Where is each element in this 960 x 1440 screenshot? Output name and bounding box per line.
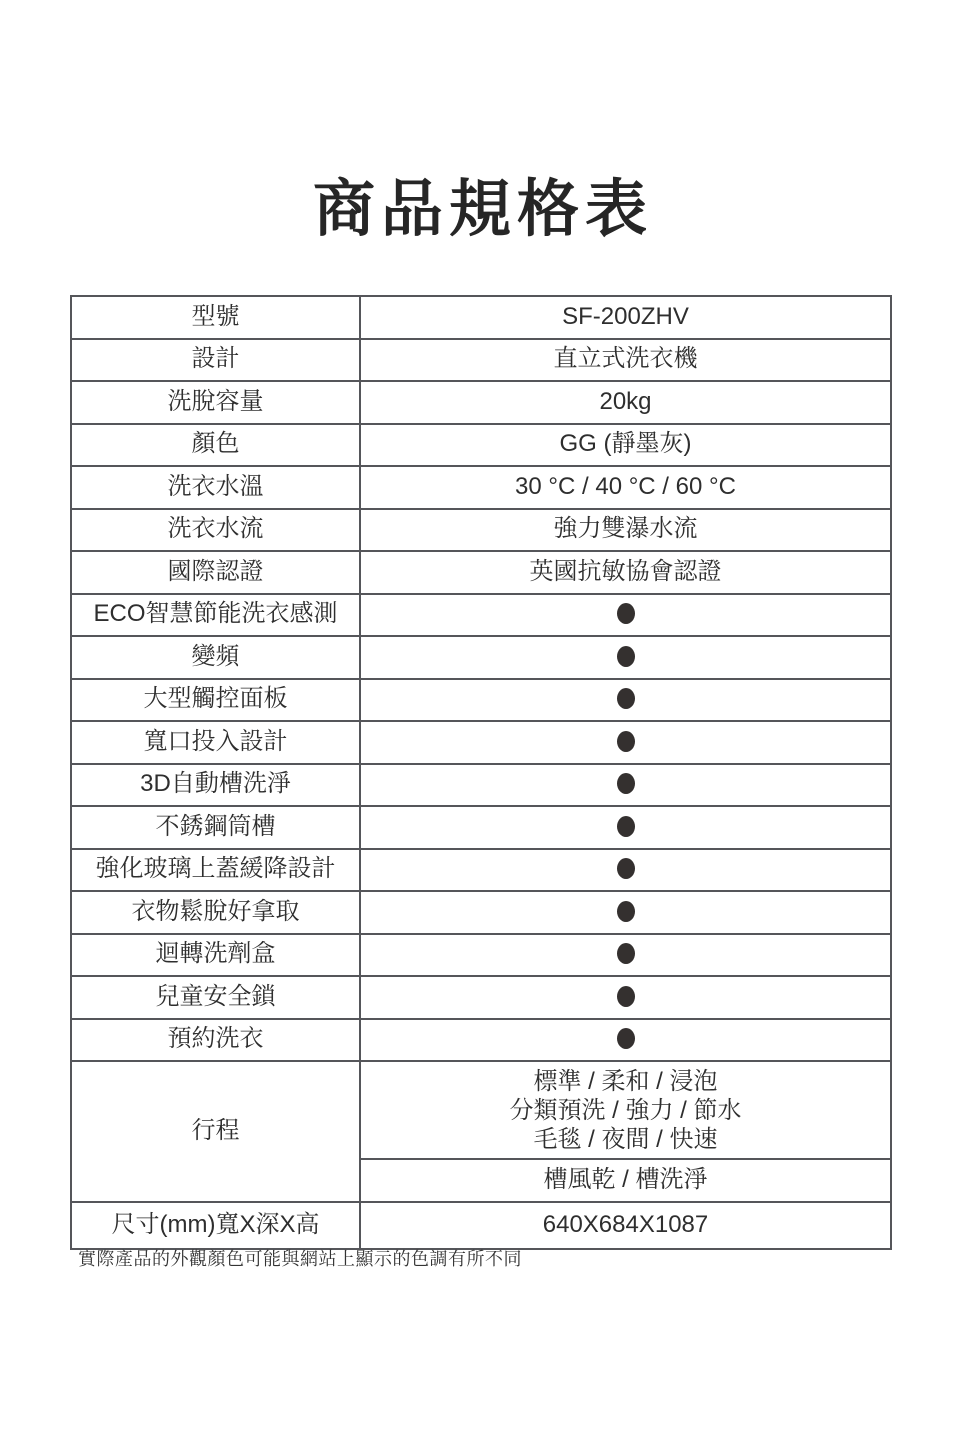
feature-dot-icon [617, 603, 635, 624]
feature-value-cell [360, 636, 891, 679]
spec-label-capacity: 洗脫容量 [71, 381, 360, 424]
spec-value-water-temp: 30 °C / 40 °C / 60 °C [360, 466, 891, 509]
feature-dot-icon [617, 816, 635, 837]
feature-dot-icon [617, 688, 635, 709]
feature-label-delay-wash: 預約洗衣 [71, 1019, 360, 1062]
table-row: 顏色 GG (靜墨灰) [71, 424, 891, 467]
feature-dot-icon [617, 731, 635, 752]
table-row: 型號 SF-200ZHV [71, 296, 891, 339]
feature-value-cell [360, 764, 891, 807]
spec-label-model: 型號 [71, 296, 360, 339]
program-extra-cell: 槽風乾 / 槽洗淨 [360, 1159, 891, 1202]
spec-table: 型號 SF-200ZHV 設計 直立式洗衣機 洗脫容量 20kg 顏色 GG (… [70, 295, 892, 1250]
feature-value-cell [360, 849, 891, 892]
feature-row: 預約洗衣 [71, 1019, 891, 1062]
spec-value-water-flow: 強力雙瀑水流 [360, 509, 891, 552]
dimension-label: 尺寸(mm)寬X深X高 [71, 1202, 360, 1249]
spec-value-model: SF-200ZHV [360, 296, 891, 339]
feature-row: 兒童安全鎖 [71, 976, 891, 1019]
feature-value-cell [360, 891, 891, 934]
table-row: 設計 直立式洗衣機 [71, 339, 891, 382]
feature-value-cell [360, 806, 891, 849]
table-row: 洗衣水流 強力雙瀑水流 [71, 509, 891, 552]
feature-dot-icon [617, 858, 635, 879]
feature-label-eco-sensing: ECO智慧節能洗衣感測 [71, 594, 360, 637]
spec-label-design: 設計 [71, 339, 360, 382]
spec-value-capacity: 20kg [360, 381, 891, 424]
feature-value-cell [360, 934, 891, 977]
page-title: 商品規格表 [0, 174, 960, 245]
feature-label-touch-panel: 大型觸控面板 [71, 679, 360, 722]
feature-dot-icon [617, 986, 635, 1007]
program-line-3: 毛毯 / 夜間 / 快速 [361, 1125, 890, 1154]
feature-dot-icon [617, 1028, 635, 1049]
spec-sheet: 商品規格表 型號 SF-200ZHV 設計 直立式洗衣機 洗脫容量 20kg 顏… [0, 0, 960, 1440]
spec-label-color: 顏色 [71, 424, 360, 467]
feature-row: 強化玻璃上蓋緩降設計 [71, 849, 891, 892]
feature-dot-icon [617, 773, 635, 794]
dimension-value: 640X684X1087 [360, 1202, 891, 1249]
feature-row: 不銹鋼筒槽 [71, 806, 891, 849]
dimension-row: 尺寸(mm)寬X深X高 640X684X1087 [71, 1202, 891, 1249]
program-line-1: 標準 / 柔和 / 浸泡 [361, 1067, 890, 1096]
feature-label-3d-tub-clean: 3D自動槽洗淨 [71, 764, 360, 807]
program-label: 行程 [71, 1061, 360, 1202]
feature-value-cell [360, 594, 891, 637]
spec-value-certification: 英國抗敏協會認證 [360, 551, 891, 594]
feature-dot-icon [617, 901, 635, 922]
feature-value-cell [360, 721, 891, 764]
spec-label-water-flow: 洗衣水流 [71, 509, 360, 552]
feature-label-easy-unload: 衣物鬆脫好拿取 [71, 891, 360, 934]
feature-value-cell [360, 976, 891, 1019]
feature-dot-icon [617, 646, 635, 667]
feature-row: 大型觸控面板 [71, 679, 891, 722]
feature-row: ECO智慧節能洗衣感測 [71, 594, 891, 637]
feature-row: 寬口投入設計 [71, 721, 891, 764]
program-courses-cell: 標準 / 柔和 / 浸泡 分類預洗 / 強力 / 節水 毛毯 / 夜間 / 快速 [360, 1061, 891, 1159]
feature-label-inverter: 變頻 [71, 636, 360, 679]
feature-label-soft-close-lid: 強化玻璃上蓋緩降設計 [71, 849, 360, 892]
spec-label-water-temp: 洗衣水溫 [71, 466, 360, 509]
spec-label-certification: 國際認證 [71, 551, 360, 594]
program-line-2: 分類預洗 / 強力 / 節水 [361, 1096, 890, 1125]
spec-value-color: GG (靜墨灰) [360, 424, 891, 467]
feature-label-wide-opening: 寬口投入設計 [71, 721, 360, 764]
feature-value-cell [360, 679, 891, 722]
feature-row: 變頻 [71, 636, 891, 679]
table-row: 洗衣水溫 30 °C / 40 °C / 60 °C [71, 466, 891, 509]
table-row: 洗脫容量 20kg [71, 381, 891, 424]
footnote: 實際產品的外觀顏色可能與網站上顯示的色調有所不同 [78, 1245, 522, 1271]
feature-row: 衣物鬆脫好拿取 [71, 891, 891, 934]
feature-label-rotating-dispenser: 迴轉洗劑盒 [71, 934, 360, 977]
feature-row: 迴轉洗劑盒 [71, 934, 891, 977]
feature-dot-icon [617, 943, 635, 964]
feature-value-cell [360, 1019, 891, 1062]
feature-label-child-lock: 兒童安全鎖 [71, 976, 360, 1019]
feature-label-stainless-tub: 不銹鋼筒槽 [71, 806, 360, 849]
feature-row: 3D自動槽洗淨 [71, 764, 891, 807]
program-row: 行程 標準 / 柔和 / 浸泡 分類預洗 / 強力 / 節水 毛毯 / 夜間 /… [71, 1061, 891, 1159]
table-row: 國際認證 英國抗敏協會認證 [71, 551, 891, 594]
spec-value-design: 直立式洗衣機 [360, 339, 891, 382]
